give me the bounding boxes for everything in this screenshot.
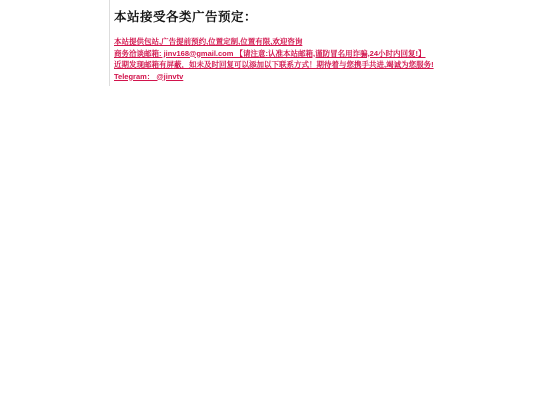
ad-notice-content: 本站接受各类广告预定： 本站提供包站,广告提前预约,位置定制,位置有限,欢迎咨询… xyxy=(114,10,514,82)
ad-booking-info-link[interactable]: 本站提供包站,广告提前预约,位置定制,位置有限,欢迎咨询 xyxy=(114,36,514,48)
contact-fallback-notice-link[interactable]: 近期发现邮箱有屏蔽，如未及时回复可以添加以下联系方式！期待着与您携手共进,竭诚为… xyxy=(114,59,514,71)
telegram-link[interactable]: Telegram： @jinvtv xyxy=(114,71,514,83)
page-title: 本站接受各类广告预定： xyxy=(114,10,514,25)
left-divider xyxy=(109,0,110,86)
business-email-link[interactable]: 商务洽谈邮箱: jinv168@gmail.com 【请注意:认准本站邮箱,谨防… xyxy=(114,48,514,60)
